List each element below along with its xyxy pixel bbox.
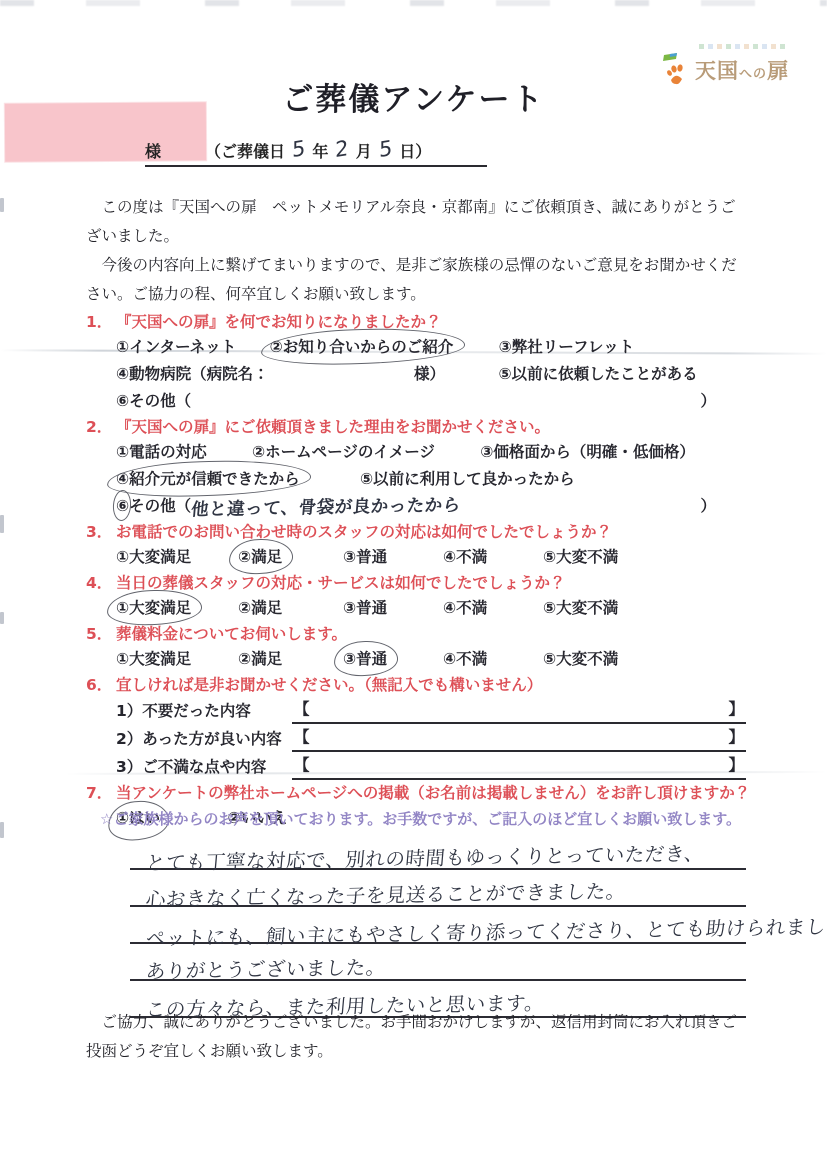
handwritten-month-value: 2 (336, 136, 349, 162)
question-5-options: ①大変満足②満足③普通④不満⑤大変不満 (116, 646, 746, 673)
question-1: 1．『天国への扉』を何でお知りになりましたか？ ①インターネット ②お知り合いか… (86, 310, 746, 415)
q1-option-4-suffix: 様） (414, 361, 445, 388)
q4-option-1-selected: ①大変満足 (116, 595, 191, 622)
q2-option-6-selected-number: ⑥ (116, 493, 129, 520)
q2-option-6-close-paren: ） (700, 493, 716, 520)
q2-option-6-handwritten-answer: 他と違って、骨袋が良かったから (190, 493, 462, 525)
q4-option-3: ③普通 (343, 595, 443, 622)
question-1-title: 1．『天国への扉』を何でお知りになりましたか？ (86, 310, 746, 334)
question-7-title: 7．当アンケートの弊社ホームページへの掲載（お名前は掲載しません）をお許し頂けま… (86, 781, 746, 805)
q1-option-1: ①インターネット (116, 334, 236, 361)
question-3-options: ①大変満足②満足③普通④不満⑤大変不満 (116, 544, 746, 571)
scan-speck (0, 822, 4, 838)
q5-option-2: ②満足 (238, 646, 343, 673)
scan-artifact-top-edge (0, 0, 827, 6)
q6-item-1: 1）不要だった内容 【】 (116, 697, 746, 724)
q6-item-3-label: 3）ご不満な点や内容 (116, 755, 292, 780)
question-5-title: 5．葬儀料金についてお伺いします。 (86, 622, 746, 646)
handwritten-day-value: 5 (379, 136, 392, 162)
question-5: 5．葬儀料金についてお伺いします。 ①大変満足②満足③普通④不満⑤大変不満 (86, 622, 746, 673)
q1-option-5: ⑤以前に依頼したことがある (498, 361, 697, 388)
comment-line-4: ありがとうございました。 (130, 944, 746, 981)
honorific-label: 様 (145, 139, 161, 162)
comment-line-3: ペットにも、飼い主にもやさしく寄り添ってくださり、とても助けられました。 (130, 907, 746, 944)
q2-option-6-label: その他（ (129, 493, 191, 520)
q3-option-2-selected: ②満足 (238, 544, 282, 571)
q3-option-3: ③普通 (343, 544, 443, 571)
q6-item-2: 2）あった方が良い内容 【】 (116, 725, 746, 752)
day-label: 日） (399, 139, 431, 162)
q5-option-1: ①大変満足 (116, 646, 238, 673)
question-4-title: 4．当日の葬儀スタッフの対応・サービスは如何でしたでしょうか？ (86, 571, 746, 595)
q6-item-3-answer-line: 【】 (292, 753, 746, 780)
q6-item-1-answer-line: 【】 (292, 697, 746, 724)
question-1-options: ①インターネット ②お知り合いからのご紹介 ③弊社リーフレット ④動物病院（病院… (116, 334, 746, 415)
question-4-options: ①大変満足②満足③普通④不満⑤大変不満 (116, 595, 746, 622)
month-label: 月 (356, 139, 372, 162)
question-3: 3．お電話でのお問い合わせ時のスタッフの対応は如何でしたでしょうか？ ①大変満足… (86, 520, 746, 571)
year-label: 年 (312, 139, 328, 162)
q1-option-2-selected: ②お知り合いからのご紹介 (270, 334, 454, 361)
q2-option-5: ⑤以前に利用して良かったから (360, 466, 575, 493)
logo-tagline-faint (699, 44, 787, 49)
question-3-title: 3．お電話でのお問い合わせ時のスタッフの対応は如何でしたでしょうか？ (86, 520, 746, 544)
comment-line-2: 心おきなく亡くなった子を見送ることができました。 (130, 870, 746, 907)
question-list: 1．『天国への扉』を何でお知りになりましたか？ ①インターネット ②お知り合いか… (86, 310, 746, 832)
intro-paragraph-2: 今後の内容向上に繋げてまいりますので、是非ご家族様の忌憚のないご意見をお聞かせく… (86, 251, 749, 309)
q5-option-4: ④不満 (443, 646, 543, 673)
q2-option-2: ②ホームページのイメージ (252, 439, 435, 466)
question-4: 4．当日の葬儀スタッフの対応・サービスは如何でしたでしょうか？ ①大変満足②満足… (86, 571, 746, 622)
q4-option-5: ⑤大変不満 (543, 595, 618, 622)
scan-speck (0, 198, 4, 212)
q5-option-3-selected: ③普通 (343, 646, 387, 673)
question-6: 6．宜しければ是非お聞かせください。（無記入でも構いません） 1）不要だった内容… (86, 673, 746, 780)
question-2-title: 2．『天国への扉』にご依頼頂きました理由をお聞かせください。 (86, 415, 746, 439)
question-6-title: 6．宜しければ是非お聞かせください。（無記入でも構いません） (86, 673, 746, 697)
survey-page: 天国への扉 ご葬儀アンケート 様 （ご葬儀日 5 年 2 月 5 日） この度は… (0, 0, 827, 1169)
closing-text: ご協力、誠にありがとうございました。お手間おかけしますが、返信用封筒にお入れ頂き… (86, 1008, 749, 1066)
q3-option-5: ⑤大変不満 (543, 544, 618, 571)
question-2-options: ①電話の対応 ②ホームページのイメージ ③価格面から（明確・低価格） ④紹介元が… (116, 439, 746, 520)
comment-lines: とても丁寧な対応で、別れの時間もゆっくりとっていただき、 心おきなく亡くなった子… (130, 833, 746, 1018)
q1-option-4: ④動物病院（病院名： (116, 361, 269, 388)
q1-option-6: ⑥その他（ (116, 388, 191, 415)
scan-speck (0, 515, 4, 533)
q3-option-1: ①大変満足 (116, 544, 238, 571)
q6-item-1-label: 1）不要だった内容 (116, 699, 292, 724)
q4-option-2: ②満足 (238, 595, 343, 622)
q5-option-5: ⑤大変不満 (543, 646, 618, 673)
q6-item-2-label: 2）あった方が良い内容 (116, 727, 292, 752)
q2-option-1: ①電話の対応 (116, 439, 207, 466)
q2-option-4-selected: ④紹介元が信頼できたから (116, 466, 300, 493)
q6-item-3: 3）ご不満な点や内容 【】 (116, 753, 746, 780)
question-6-items: 1）不要だった内容 【】 2）あった方が良い内容 【】 3）ご不満な点や内容 【… (116, 697, 746, 780)
q2-option-3: ③価格面から（明確・低価格） (480, 439, 695, 466)
question-2: 2．『天国への扉』にご依頼頂きました理由をお聞かせください。 ①電話の対応 ②ホ… (86, 415, 746, 520)
q3-option-4: ④不満 (443, 544, 543, 571)
name-date-line: 様 （ご葬儀日 5 年 2 月 5 日） (145, 138, 487, 167)
handwritten-comment-4: ありがとうございました。 (145, 952, 387, 984)
intro-text: この度は『天国への扉 ペットメモリアル奈良・京都南』にご依頼頂き、誠にありがとう… (86, 193, 749, 309)
q1-option-3: ③弊社リーフレット (499, 334, 635, 361)
scan-speck (0, 612, 4, 624)
q4-option-4: ④不満 (443, 595, 543, 622)
handwritten-year-value: 5 (292, 136, 305, 162)
funeral-date-prefix: （ご葬儀日 (205, 139, 285, 162)
intro-paragraph-1: この度は『天国への扉 ペットメモリアル奈良・京都南』にご依頼頂き、誠にありがとう… (86, 193, 749, 251)
q6-item-2-answer-line: 【】 (292, 725, 746, 752)
comment-section-header: ☆ご家族様からのお声を頂いております。お手数ですが、ご記入のほど宜しくお願い致し… (100, 808, 741, 829)
q1-option-6-close-paren: ） (700, 388, 716, 415)
comment-line-1: とても丁寧な対応で、別れの時間もゆっくりとっていただき、 (130, 833, 746, 870)
